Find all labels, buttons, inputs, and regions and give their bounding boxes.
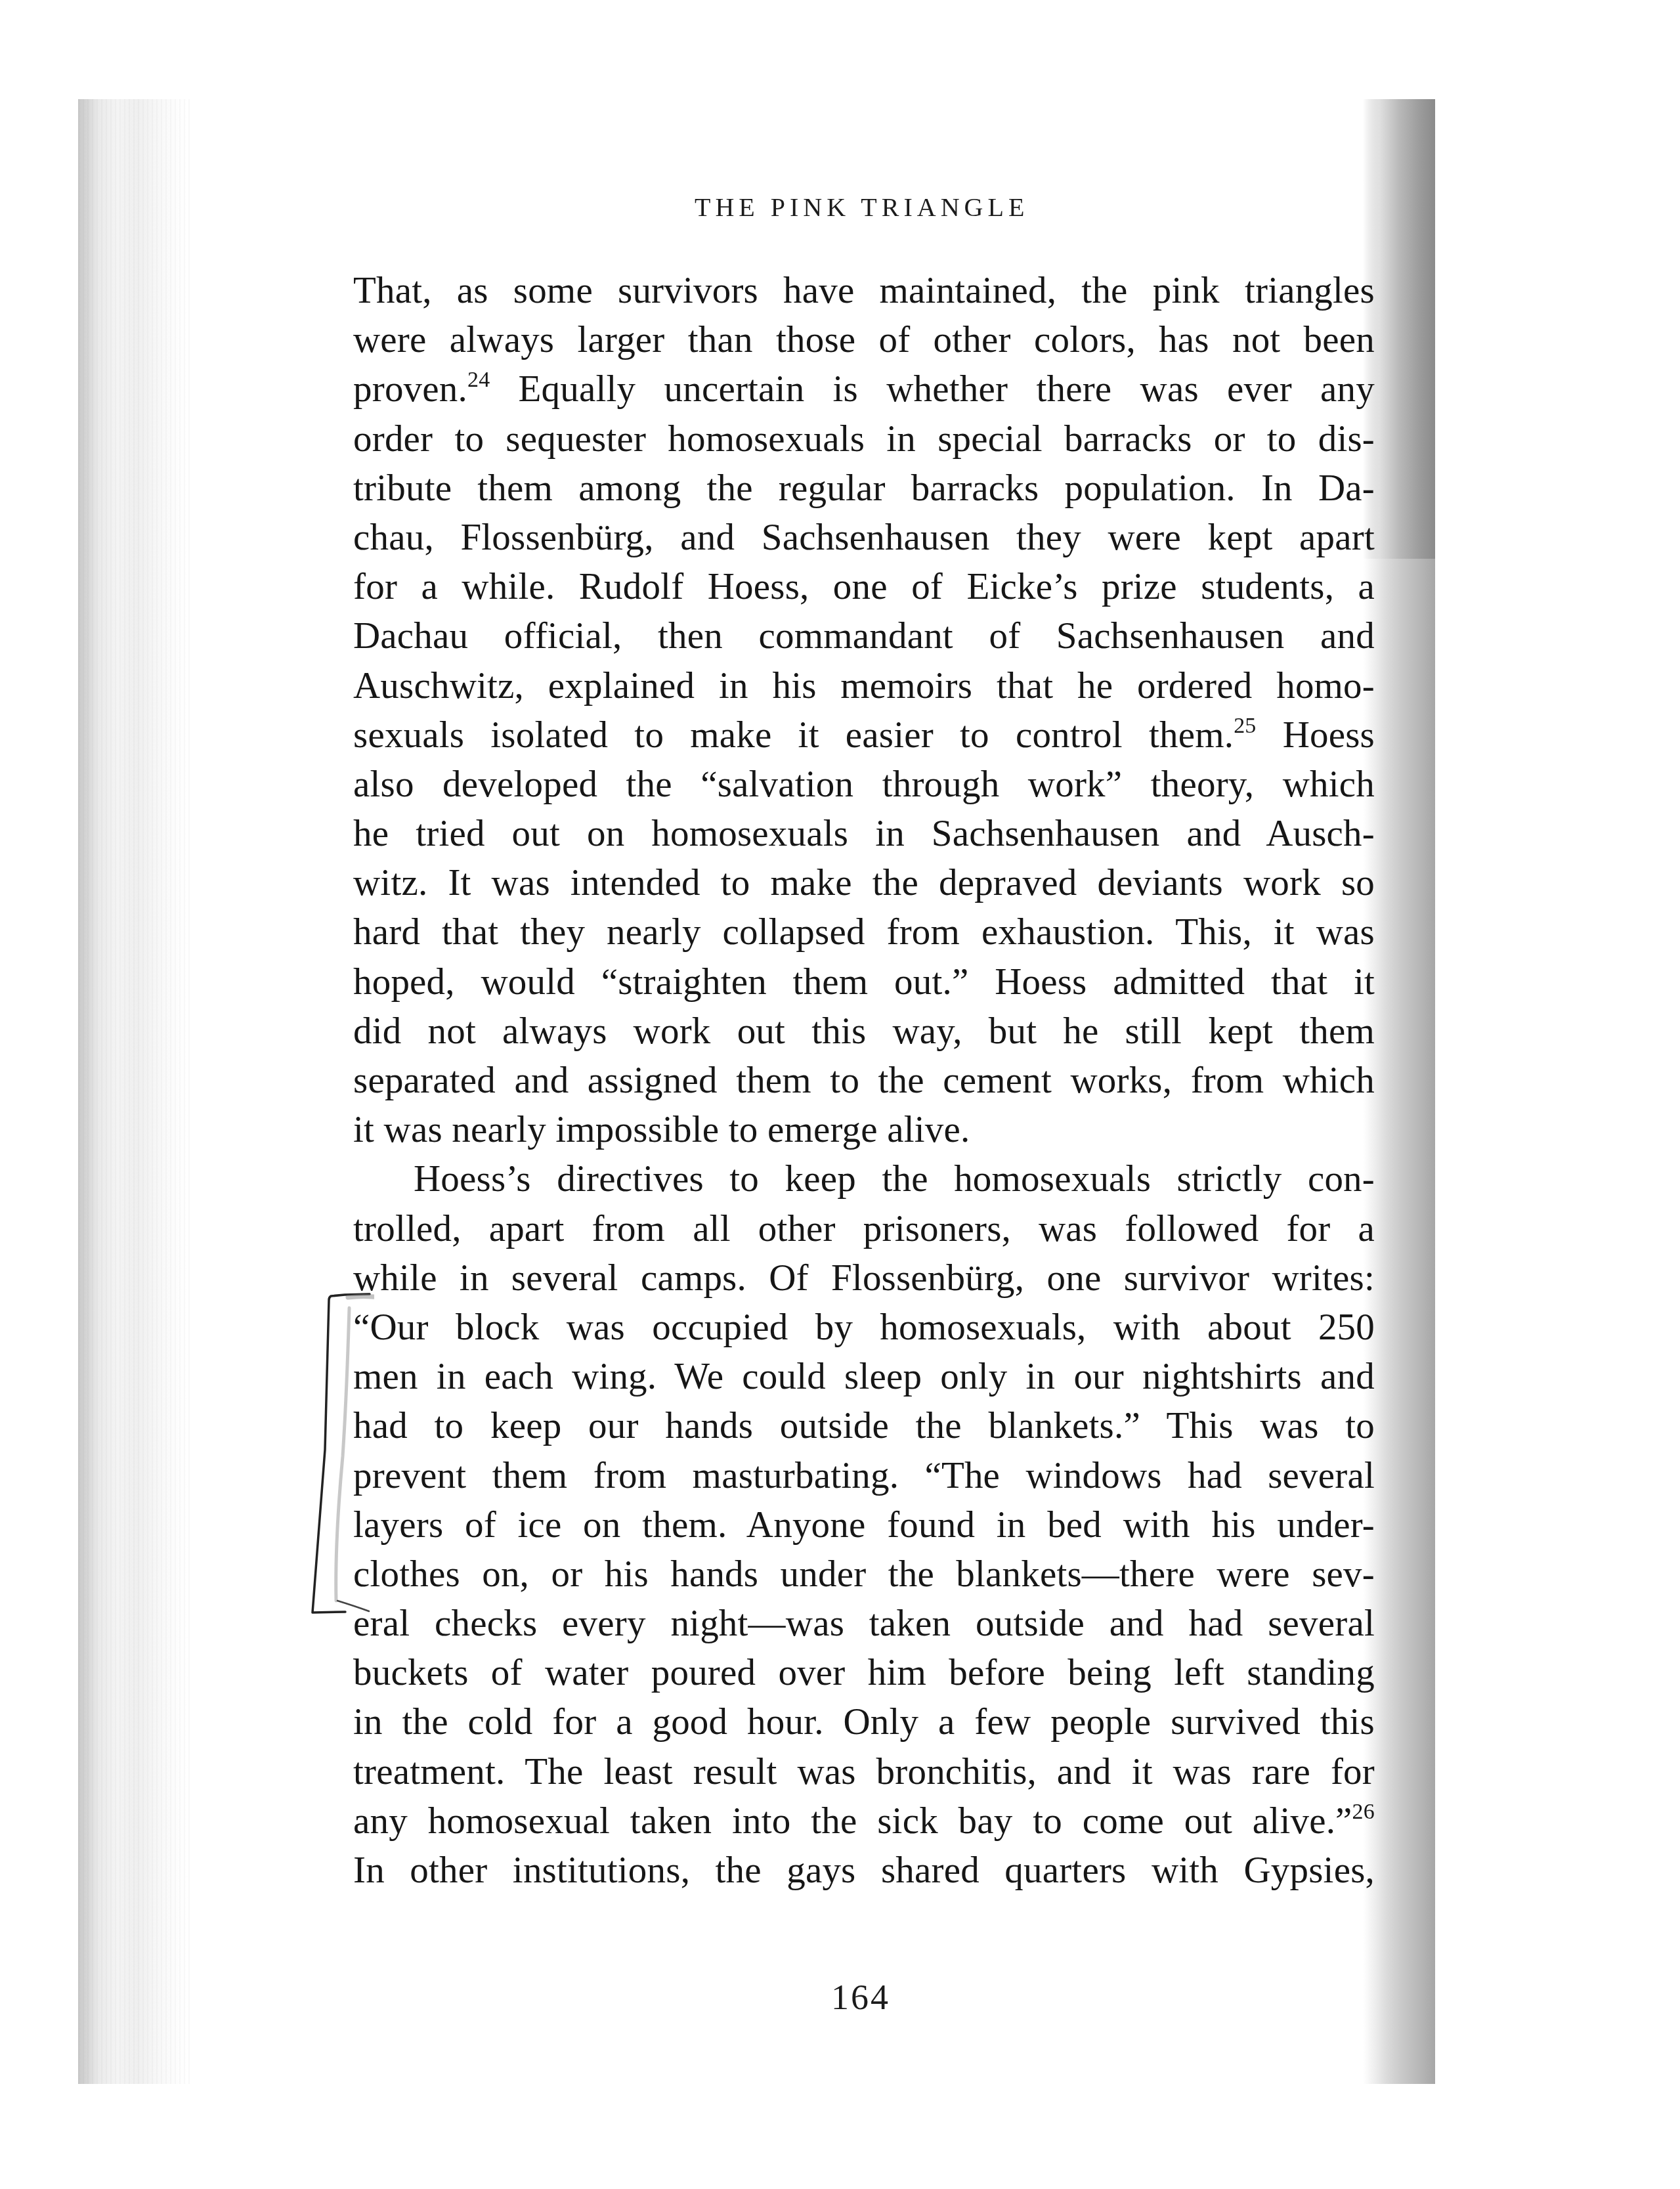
text-line: separated and assigned them to the cemen… (353, 1056, 1375, 1105)
quote-line: in the cold for a good hour. Only a few … (353, 1697, 1375, 1746)
text-line: proven.24 Equally uncertain is whether t… (353, 364, 1375, 414)
quote-line: any homosexual taken into the sick bay t… (353, 1796, 1375, 1846)
text-line: In other institutions, the gays shared q… (353, 1846, 1375, 1895)
quote-line: clothes on, or his hands under the blank… (353, 1550, 1375, 1599)
text-line: were always larger than those of other c… (353, 315, 1375, 364)
text-line: while in several camps. Of Flossenbürg, … (353, 1253, 1375, 1303)
page-number: 164 (831, 1978, 897, 2017)
text-line: That, as some survivors have maintained,… (353, 266, 1375, 315)
text-line: Auschwitz, explained in his memoirs that… (353, 661, 1375, 710)
quote-line: men in each wing. We could sleep only in… (353, 1352, 1375, 1401)
handwritten-bracket-mark (309, 1292, 374, 1614)
quote-line: “Our block was occupied by homosexuals, … (353, 1303, 1375, 1352)
quote-line: eral checks every night—was taken outsid… (353, 1599, 1375, 1648)
quote-line: treatment. The least result was bronchit… (353, 1747, 1375, 1796)
text-line: did not always work out this way, but he… (353, 1007, 1375, 1056)
text-line: for a while. Rudolf Hoess, one of Eicke’… (353, 562, 1375, 611)
footnote-ref: 25 (1234, 714, 1256, 738)
quote-line: had to keep our hands outside the blanke… (353, 1401, 1375, 1450)
text-line: witz. It was intended to make the deprav… (353, 858, 1375, 907)
quote-line: buckets of water poured over him before … (353, 1648, 1375, 1697)
text-line: it was nearly impossible to emerge alive… (353, 1105, 1375, 1154)
text-line: Dachau official, then commandant of Sach… (353, 611, 1375, 661)
text-line: chau, Flossenbürg, and Sachsenhausen the… (353, 513, 1375, 562)
quote-line: prevent them from masturbating. “The win… (353, 1451, 1375, 1500)
footnote-ref: 24 (467, 368, 490, 392)
text-line: trolled, apart from all other prisoners,… (353, 1204, 1375, 1253)
text-line: hard that they nearly collapsed from exh… (353, 907, 1375, 957)
text-line: tribute them among the regular barracks … (353, 464, 1375, 513)
body-text: That, as some survivors have maintained,… (353, 266, 1375, 1895)
footnote-ref: 26 (1352, 1800, 1375, 1824)
text-line: sexuals isolated to make it easier to co… (353, 710, 1375, 760)
text-line: also developed the “salvation through wo… (353, 760, 1375, 809)
text-line: he tried out on homosexuals in Sachsenha… (353, 809, 1375, 858)
text-line-paragraph-start: Hoess’s directives to keep the homosexua… (353, 1154, 1375, 1203)
quote-line: layers of ice on them. Anyone found in b… (353, 1500, 1375, 1550)
left-gutter-shadow (78, 99, 190, 2084)
text-line: hoped, would “straighten them out.” Hoes… (353, 957, 1375, 1007)
running-head: THE PINK TRIANGLE (695, 192, 1049, 223)
text-line: order to sequester homosexuals in specia… (353, 414, 1375, 464)
